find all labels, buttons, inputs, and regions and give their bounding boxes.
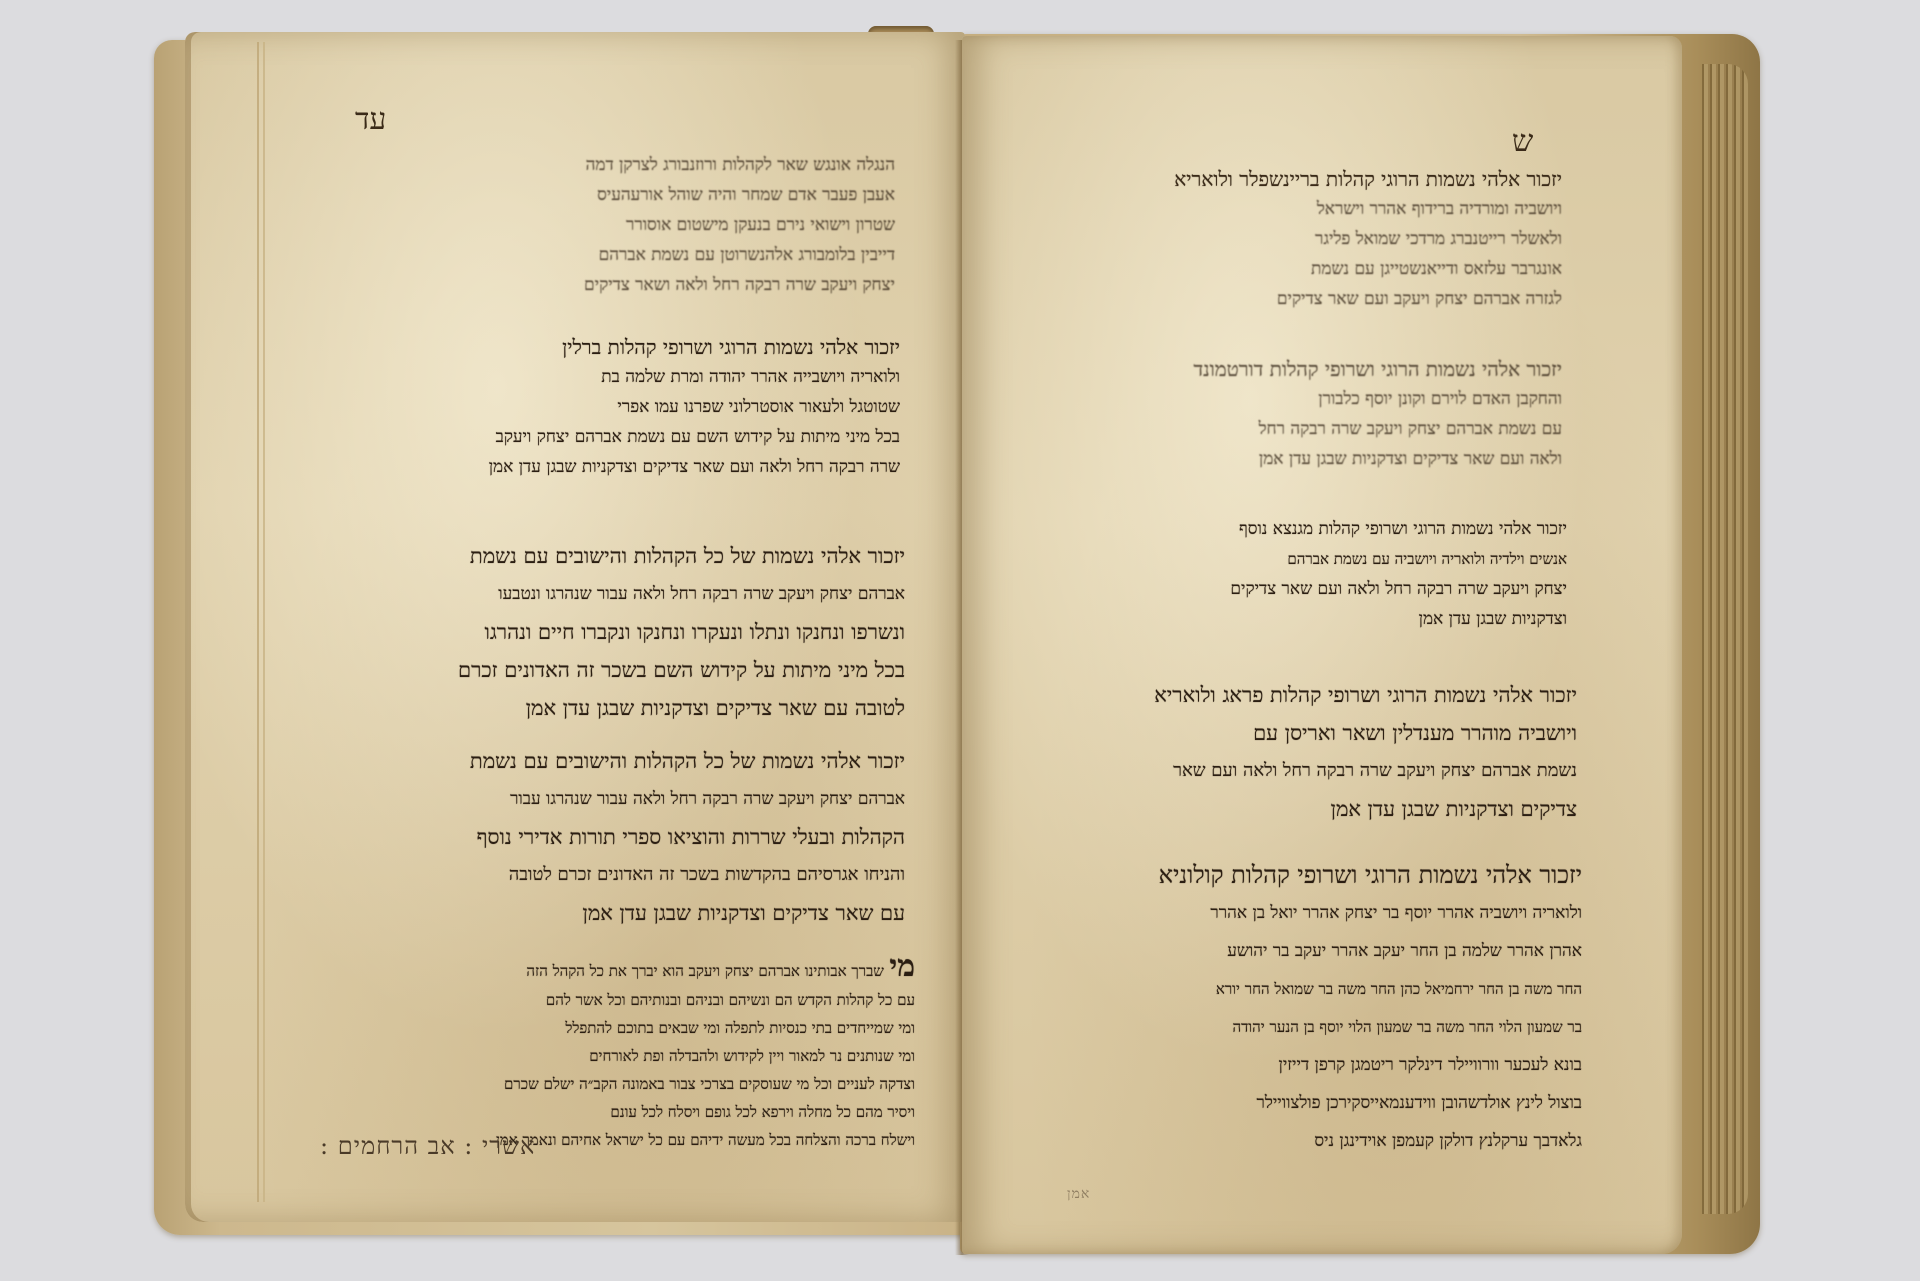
left-text-block-3: יזכור אלהי נשמות של כל הקהלות והישובים ע… bbox=[305, 537, 905, 727]
text-line: ומי שנותנים נר למאור ויין לקידוש ולהבדלה… bbox=[295, 1042, 915, 1070]
text-line: ולואריה ויושביה אהרר יוסף בר יצחק אהרר י… bbox=[1012, 894, 1582, 932]
text-line: בונא לעכער וורוויילר דינלקר ריטמגן קרפן … bbox=[1012, 1046, 1582, 1084]
left-page-footer: אשרי : אב הרחמים : bbox=[320, 1132, 535, 1161]
left-page: עד הנגלה אונגש שאר לקהלות ורוזנבורג לצרק… bbox=[185, 32, 965, 1222]
text-line: בכל מיני מיתות על קידוש השם בשכר זה האדו… bbox=[305, 651, 905, 689]
text-line: דייבין בלומבורג אלהנשרוטן עם נשמת אברהם bbox=[315, 240, 895, 270]
right-page-footer: אמן bbox=[1067, 1186, 1090, 1203]
text-line: ויושביה מוהרר מענדלין ושאר ואריסן עם bbox=[1017, 714, 1577, 752]
text-line: יצחק ויעקב שרה רבקה רחל ולאה ועם שאר צדי… bbox=[1017, 574, 1567, 604]
text-line: יזכור אלהי נשמות הרוגי ושרופי קהלות מגנצ… bbox=[1017, 514, 1567, 544]
text-line: שטוטגל ולעאור אוסטרלוני שפרנו עמו אפרי bbox=[310, 392, 900, 422]
text-line: ויסיר מהם כל מחלה וירפא לכל גופם ויסלח ל… bbox=[295, 1098, 915, 1126]
right-text-block-2: יזכור אלהי נשמות הרוגי ושרופי קהלות דורט… bbox=[1022, 354, 1562, 474]
text-line: ולואריה ויושבייה אהרר יהודה ומרת שלמה בת bbox=[310, 362, 900, 392]
left-text-block-1: הנגלה אונגש שאר לקהלות ורוזנבורג לצרקן ד… bbox=[315, 150, 895, 300]
text-line: צדיקים וצדקניות שבגן עדן אמן bbox=[1017, 790, 1577, 828]
right-folio-number: ש bbox=[1512, 124, 1533, 159]
page-fold-line bbox=[257, 42, 265, 1202]
text-line: נשמת אברהם יצחק ויעקב שרה רבקה רחל ולאה … bbox=[1017, 752, 1577, 790]
text-line: ונשרפו ונחנקו ונתלו ונעקרו ונחנקו ונקברו… bbox=[305, 613, 905, 651]
text-line: שברך אבותינו אברהם יצחק ויעקב הוא יברך א… bbox=[526, 962, 884, 980]
text-line: עם כל קהלות הקדש הם ונשיהם ובניהם ובנותי… bbox=[295, 986, 915, 1014]
text-line: מי שברך אבותינו אברהם יצחק ויעקב הוא יבר… bbox=[295, 952, 915, 986]
right-text-block-5: יזכור אלהי נשמות הרוגי ושרופי קהלות קולו… bbox=[1012, 856, 1582, 1160]
text-line: עם שאר צדיקים וצדקניות שבגן עדן אמן bbox=[305, 894, 905, 932]
text-line: אונגרבר עלזאס ודייאנשטייגן עם נשמת bbox=[1022, 254, 1562, 284]
text-line: יזכור אלהי נשמות של כל הקהלות והישובים ע… bbox=[305, 537, 905, 575]
text-line: ולאשלר רייטנברג מרדכי שמואל פליגר bbox=[1022, 224, 1562, 254]
text-line: החר משה בן החר ירחמיאל כהן החר משה בר שמ… bbox=[1012, 970, 1582, 1008]
text-line: והחקבן האדם לוירם וקונן יוסף כלבורן bbox=[1022, 384, 1562, 414]
text-line: יזכור אלהי נשמות הרוגי ושרופי קהלות פראג… bbox=[1017, 676, 1577, 714]
right-text-block-4: יזכור אלהי נשמות הרוגי ושרופי קהלות פראג… bbox=[1017, 676, 1577, 828]
left-folio-number: עד bbox=[355, 102, 386, 137]
text-line: וצדקה לעניים וכל מי שעוסקים בצרכי צבור ב… bbox=[295, 1070, 915, 1098]
page-edges bbox=[1702, 64, 1748, 1214]
right-page: ש יזכור אלהי נשמות הרוגי קהלות בריינשפלר… bbox=[962, 36, 1682, 1254]
text-line: לגזרה אברהם יצחק ויעקב ועם שאר צדיקים bbox=[1022, 284, 1562, 314]
left-text-block-5: מי שברך אבותינו אברהם יצחק ויעקב הוא יבר… bbox=[295, 952, 915, 1154]
text-line: ויושביה ומורדיה ברידוף אהרר וישראל bbox=[1022, 194, 1562, 224]
text-line: יזכור אלהי נשמות הרוגי ושרופי קהלות קולו… bbox=[1012, 856, 1582, 894]
right-text-block-3: יזכור אלהי נשמות הרוגי ושרופי קהלות מגנצ… bbox=[1017, 514, 1567, 634]
text-line: גלאדבך ערקלנץ דולקן קעמפן אוידינגן ניס bbox=[1012, 1122, 1582, 1160]
text-line: יזכור אלהי נשמות של כל הקהלות והישובים ע… bbox=[305, 742, 905, 780]
text-line: הנגלה אונגש שאר לקהלות ורוזנבורג לצרקן ד… bbox=[315, 150, 895, 180]
text-line: וצדקניות שבגן עדן אמן bbox=[1017, 604, 1567, 634]
text-line: אעבן פעבר אדם שמחר והיה שוהל אורעהעיס bbox=[315, 180, 895, 210]
text-line: יזכור אלהי נשמות הרוגי קהלות בריינשפלר ו… bbox=[1022, 164, 1562, 194]
text-line: ומי שמייחדים בתי כנסיות לתפלה ומי שבאים … bbox=[295, 1014, 915, 1042]
text-line: ולאה ועם שאר צדיקים וצדקניות שבגן עדן אמ… bbox=[1022, 444, 1562, 474]
text-line: בכל מיני מיתות על קידוש השם עם נשמת אברה… bbox=[310, 422, 900, 452]
text-line: בוצול לינץ אולדשהובן ווידענמאייסקירכן פו… bbox=[1012, 1084, 1582, 1122]
left-text-block-4: יזכור אלהי נשמות של כל הקהלות והישובים ע… bbox=[305, 742, 905, 932]
text-line: אהרן אהרר שלמה בן החר יעקב אהרר יעקב בר … bbox=[1012, 932, 1582, 970]
text-line: והניחו אגרסיהם בהקדשות בשכר זה האדונים ז… bbox=[305, 856, 905, 894]
right-text-block-1: יזכור אלהי נשמות הרוגי קהלות בריינשפלר ו… bbox=[1022, 164, 1562, 314]
text-line: אנשים וילדיה ולואריה ויושביה עם נשמת אבר… bbox=[1017, 544, 1567, 574]
text-line: הקהלות ובעלי שררות והוציאו ספרי תורות אד… bbox=[305, 818, 905, 856]
lead-word: מי bbox=[889, 952, 915, 984]
text-line: שרה רבקה רחל ולאה ועם שאר צדיקים וצדקניו… bbox=[310, 452, 900, 482]
text-line: יצחק ויעקב שרה רבקה רחל ולאה ושאר צדיקים bbox=[315, 270, 895, 300]
text-line: יזכור אלהי נשמות הרוגי ושרופי קהלות ברלי… bbox=[310, 332, 900, 362]
text-line: שטרון וישואי נירם בנעקן מישטום אוסורר bbox=[315, 210, 895, 240]
text-line: עם נשמת אברהם יצחק ויעקב שרה רבקה רחל bbox=[1022, 414, 1562, 444]
manuscript-photo: עד הנגלה אונגש שאר לקהלות ורוזנבורג לצרק… bbox=[0, 0, 1920, 1281]
text-line: אברהם יצחק ויעקב שרה רבקה רחל ולאה עבור … bbox=[305, 780, 905, 818]
left-text-block-2: יזכור אלהי נשמות הרוגי ושרופי קהלות ברלי… bbox=[310, 332, 900, 482]
text-line: יזכור אלהי נשמות הרוגי ושרופי קהלות דורט… bbox=[1022, 354, 1562, 384]
text-line: אברהם יצחק ויעקב שרה רבקה רחל ולאה עבור … bbox=[305, 575, 905, 613]
text-line: בר שמעון הלוי החר משה בר שמעון הלוי יוסף… bbox=[1012, 1008, 1582, 1046]
text-line: לטובה עם שאר צדיקים וצדקניות שבגן עדן אמ… bbox=[305, 689, 905, 727]
